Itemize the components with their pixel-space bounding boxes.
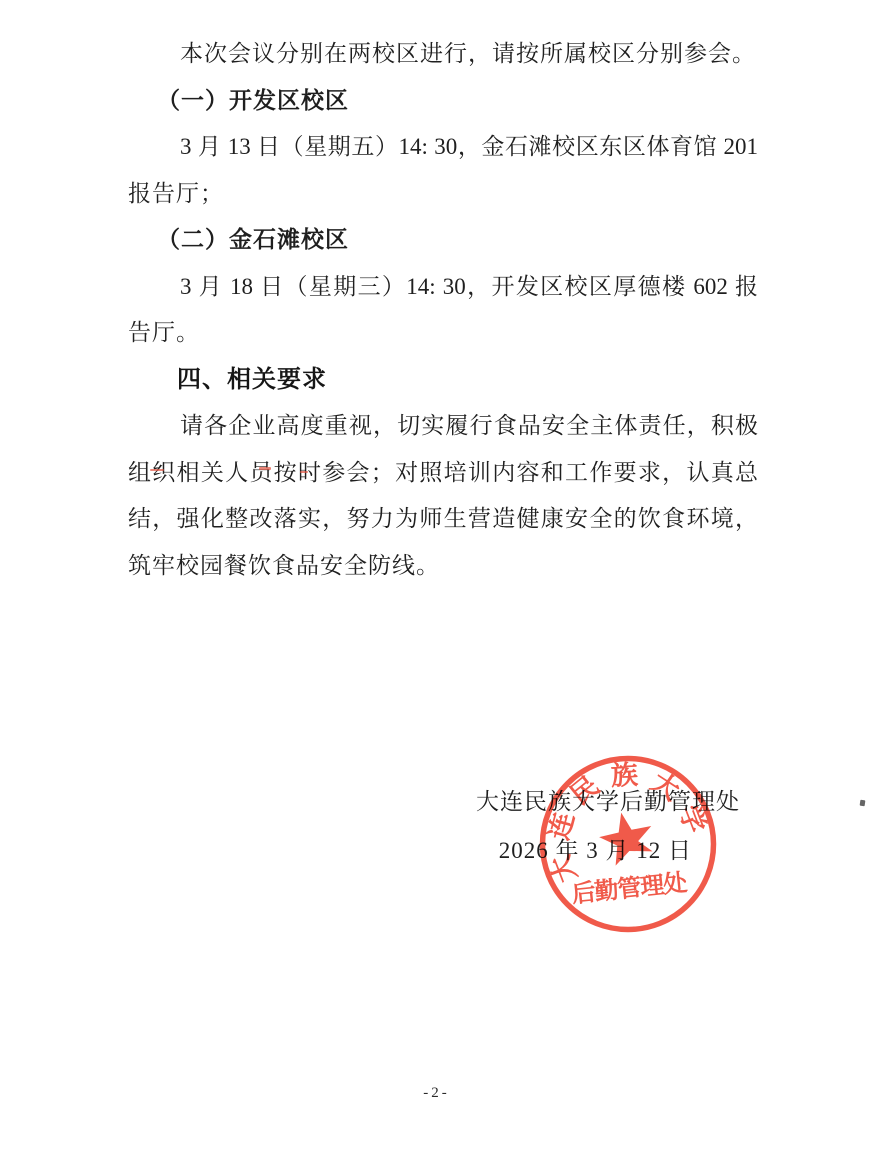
text-line: 本次会议分别在两校区进行，请按所属校区分别参会。: [128, 31, 758, 78]
text-line: 告厅。: [128, 310, 758, 357]
document-body: 本次会议分别在两校区进行，请按所属校区分别参会。（一）开发区校区3 月 13 日…: [128, 31, 758, 589]
red-ink-artifact: [259, 467, 271, 470]
red-ink-artifact: [150, 469, 164, 471]
text-line: （二）金石滩校区: [128, 217, 758, 264]
scan-speck-artifact: [860, 800, 866, 807]
signature-organization: 大连民族大学后勤管理处: [476, 783, 740, 816]
text-line: 3 月 13 日（星期五）14: 30，金石滩校区东区体育馆 201: [128, 124, 758, 171]
seal-arc-text: 大连民族大学: [544, 760, 712, 887]
text-line: （一）开发区校区: [128, 78, 758, 125]
text-line: 结，强化整改落实，努力为师生营造健康安全的饮食环境，: [128, 496, 758, 543]
red-ink-artifact: [300, 471, 308, 473]
page-number: -2-: [0, 1085, 873, 1102]
text-line: 3 月 18 日（星期三）14: 30，开发区校区厚德楼 602 报: [128, 264, 758, 311]
text-line: 请各企业高度重视，切实履行食品安全主体责任，积极: [128, 403, 758, 450]
text-line: 四、相关要求: [128, 357, 758, 404]
text-line: 筑牢校园餐饮食品安全防线。: [128, 543, 758, 590]
scanned-document-page: 本次会议分别在两校区进行，请按所属校区分别参会。（一）开发区校区3 月 13 日…: [0, 0, 885, 1166]
text-line: 报告厅；: [128, 171, 758, 218]
text-line: 组织相关人员按时参会；对照培训内容和工作要求，认真总: [128, 450, 758, 497]
signature-date: 2026 年 3 月 12 日: [499, 832, 692, 865]
seal-bottom-text: 后勤管理处: [570, 868, 688, 908]
